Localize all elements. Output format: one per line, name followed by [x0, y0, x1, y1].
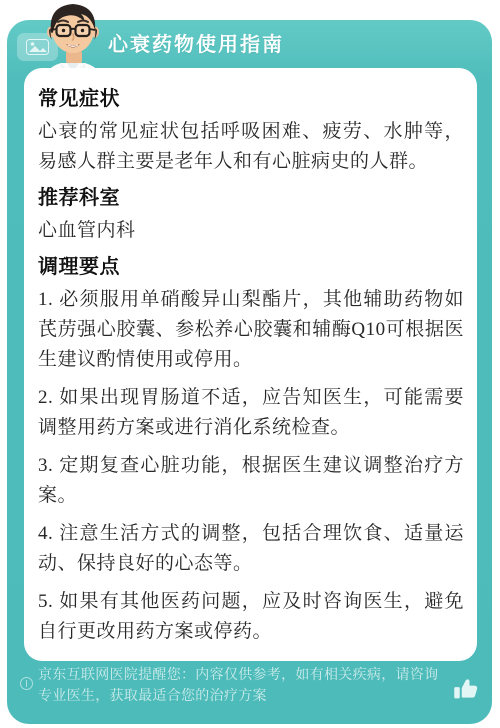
card-header: 心衰药物使用指南: [7, 20, 492, 68]
department-text: 心血管内科: [38, 216, 464, 246]
symptoms-text: 心衰的常见症状包括呼吸困难、疲劳、水肿等，易感人群主要是老年人和有心脏病史的人群…: [38, 117, 464, 177]
tip-item-3: 3. 定期复查心脏功能，根据医生建议调整治疗方案。: [38, 451, 464, 511]
tip-number: 1.: [38, 289, 59, 310]
card-footer: 京东互联网医院提醒您：内容仅供参考，如有相关疾病，请咨询专业医生，获取最适合您的…: [7, 662, 492, 718]
section-heading-department: 推荐科室: [38, 185, 464, 212]
section-heading-tips: 调理要点: [38, 254, 464, 281]
tip-text: 注意生活方式的调整，包括合理饮食、适量运动、保持良好的心态等。: [38, 523, 464, 574]
card-title: 心衰药物使用指南: [108, 31, 284, 59]
section-heading-symptoms: 常见症状: [38, 86, 464, 113]
tip-number: 2.: [38, 387, 59, 408]
tip-text: 定期复查心脏功能，根据医生建议调整治疗方案。: [38, 455, 464, 506]
tip-text: 如果有其他医药问题，应及时咨询医生，避免自行更改用药方案或停药。: [38, 591, 464, 642]
tip-item-4: 4. 注意生活方式的调整，包括合理饮食、适量运动、保持良好的心态等。: [38, 519, 464, 579]
tip-item-5: 5. 如果有其他医药问题，应及时咨询医生，避免自行更改用药方案或停药。: [38, 587, 464, 647]
content-panel: 常见症状 心衰的常见症状包括呼吸困难、疲劳、水肿等，易感人群主要是老年人和有心脏…: [24, 68, 477, 661]
tip-text: 如果出现胃肠道不适，应告知医生，可能需要调整用药方案或进行消化系统检查。: [38, 387, 464, 438]
guide-card: 心衰药物使用指南 常见症状 心衰的常见症状包括呼吸困难、疲劳、水肿等，易感人群主…: [7, 20, 492, 724]
tip-text: 必须服用单硝酸异山梨酯片，其他辅助药物如芪苈强心胶囊、参松养心胶囊和辅酶Q10可…: [38, 289, 464, 370]
tip-number: 5.: [38, 591, 59, 612]
tip-number: 3.: [38, 455, 59, 476]
tip-number: 4.: [38, 523, 59, 544]
thumbs-up-icon: [451, 674, 481, 704]
thumbs-up-button[interactable]: [450, 674, 482, 706]
tip-item-1: 1. 必须服用单硝酸异山梨酯片，其他辅助药物如芪苈强心胶囊、参松养心胶囊和辅酶Q…: [38, 285, 464, 375]
disclaimer-text: 京东互联网医院提醒您：内容仅供参考，如有相关疾病，请咨询专业医生，获取最适合您的…: [38, 664, 448, 706]
tip-item-2: 2. 如果出现胃肠道不适，应告知医生，可能需要调整用药方案或进行消化系统检查。: [38, 383, 464, 443]
info-icon: [20, 677, 33, 690]
